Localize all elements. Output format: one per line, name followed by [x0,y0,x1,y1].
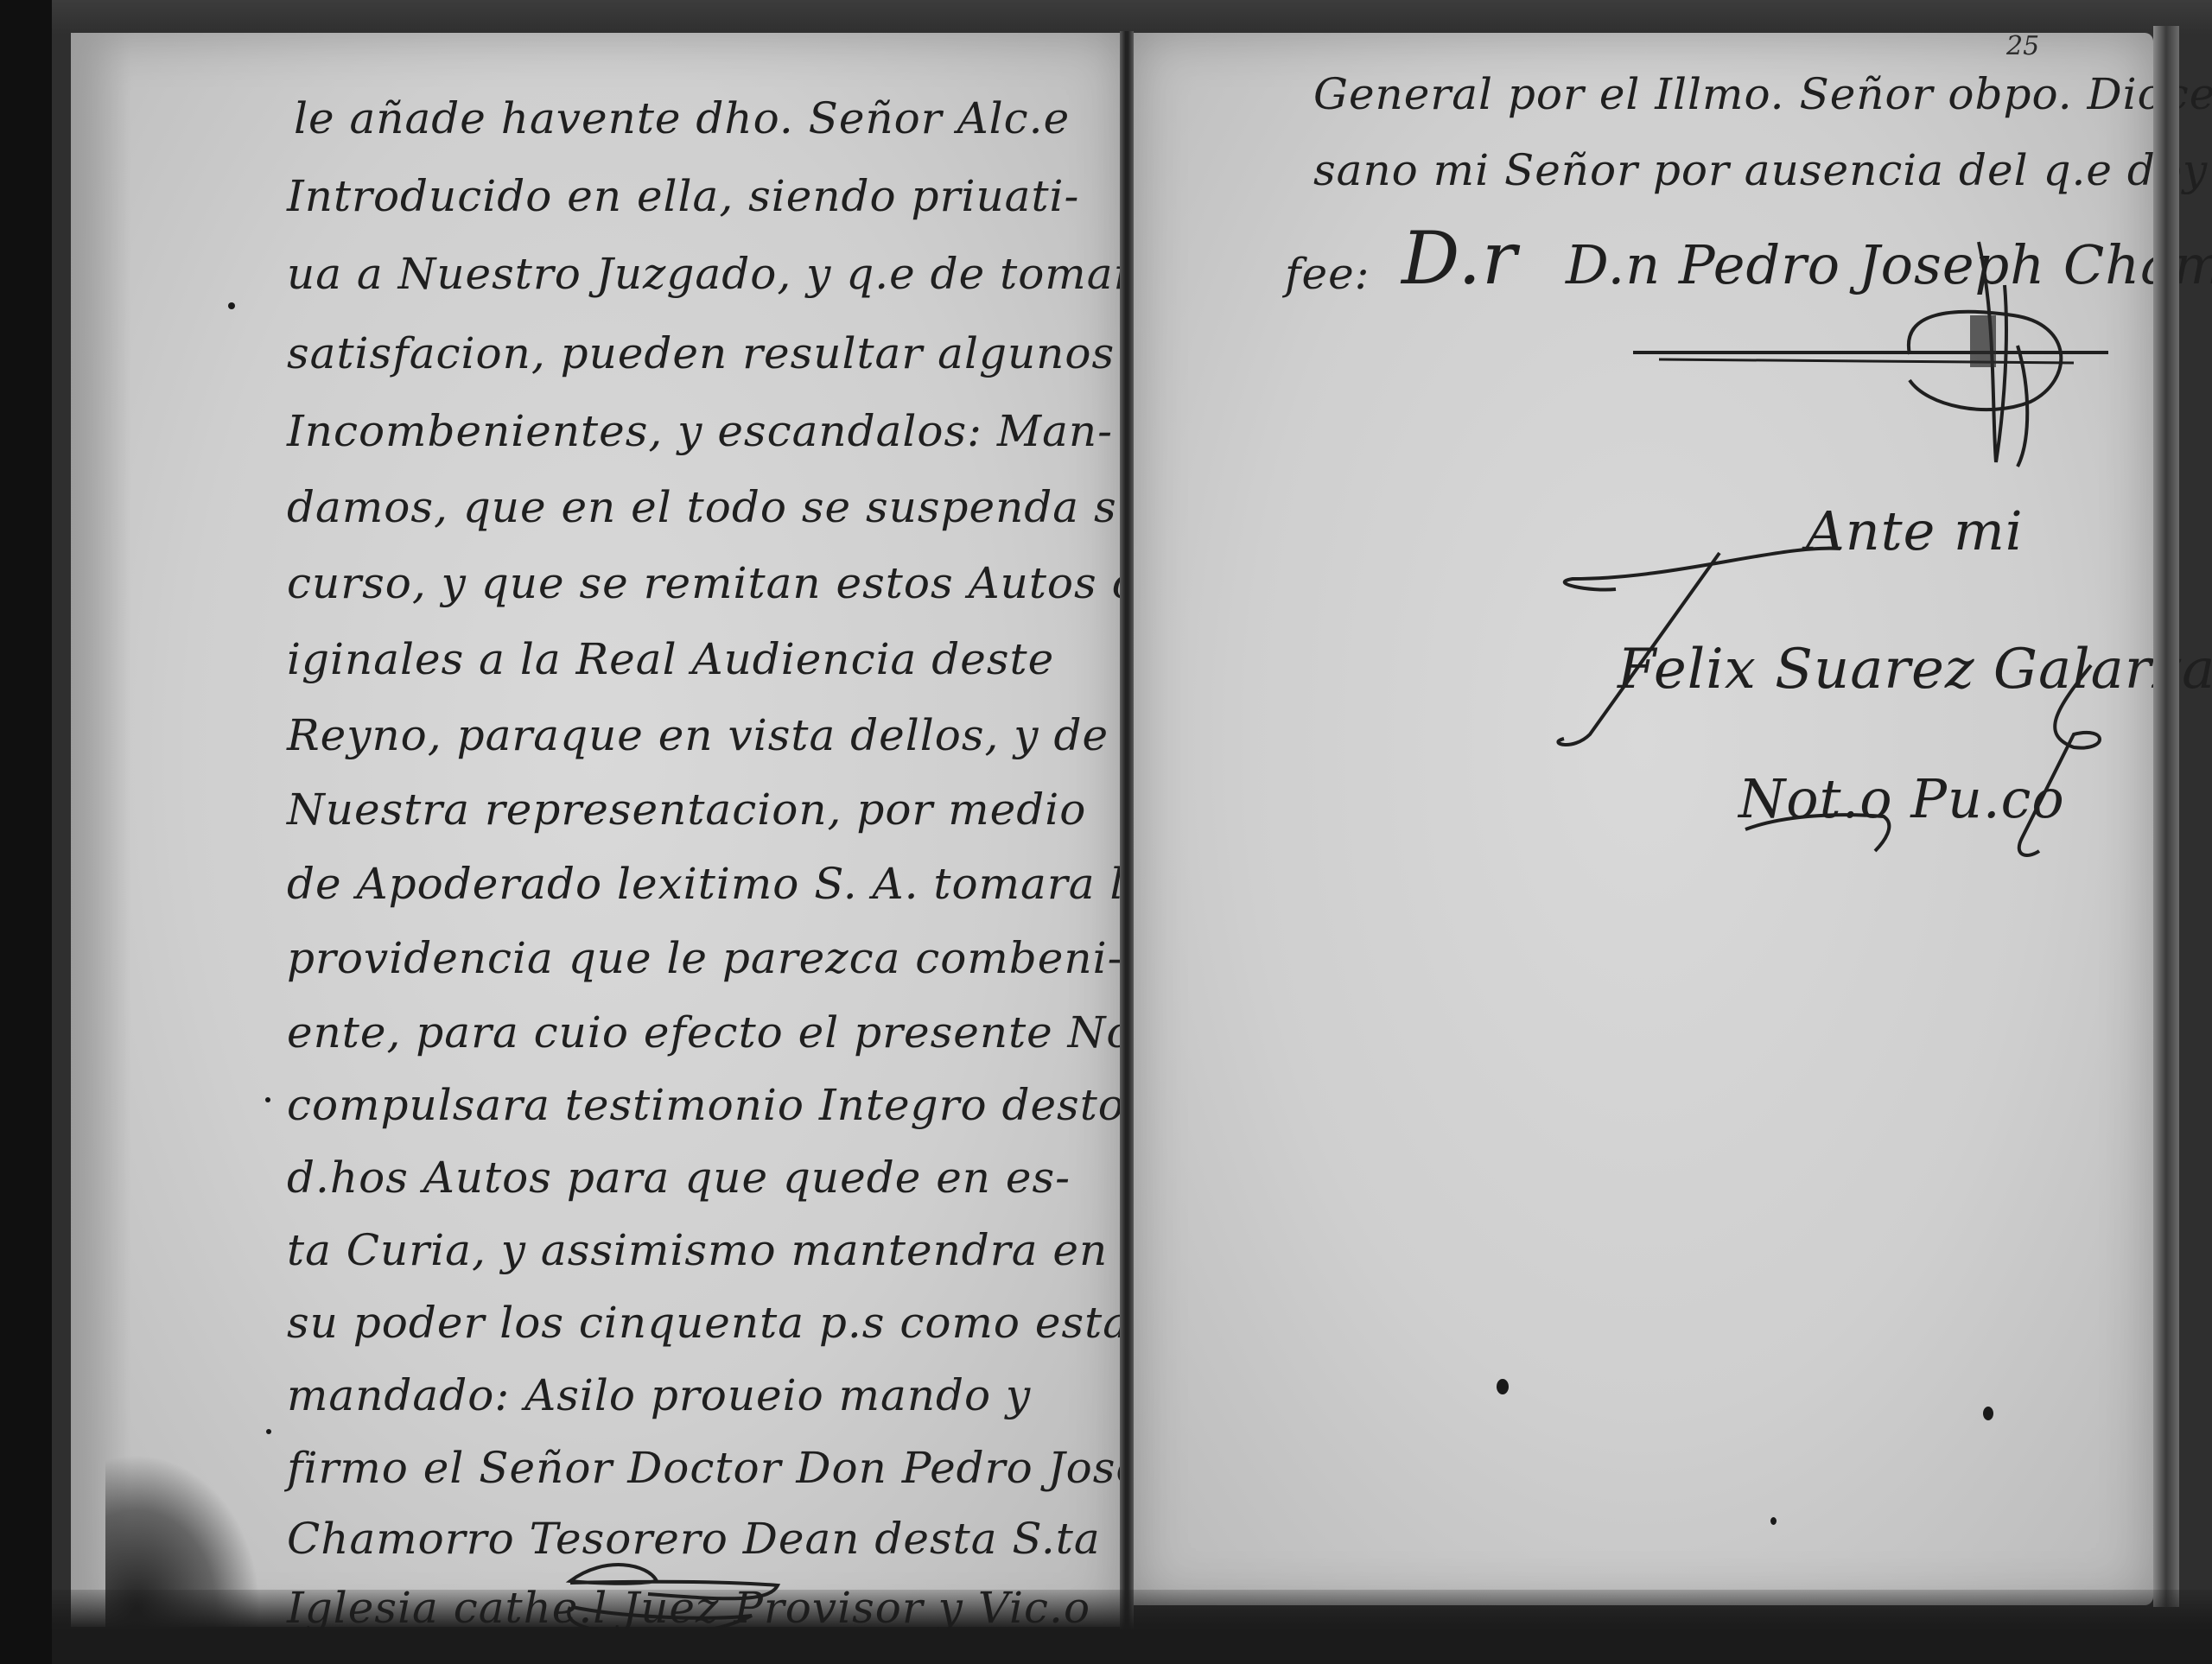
ink-spot [266,1429,271,1434]
manuscript-line: compulsara testimonio Integro destos [287,1080,1148,1130]
signature-rubric-icon [1624,233,2143,475]
folio-number: 25 [2006,31,2039,61]
manuscript-line: firmo el Señor Doctor Don Pedro Joseph [287,1443,1199,1493]
left-page: le añade havente dho. Señor Alc.e Introd… [71,33,1123,1627]
manuscript-line: Reyno, paraque en vista dellos, y de [287,710,1109,760]
manuscript-line: General por el Illmo. Señor obpo. Dioce- [1313,69,2212,119]
manuscript-line: providencia que le parezca combeni- [287,933,1122,983]
signature-prefix: D.r [1402,216,1517,301]
manuscript-line: mandado: Asilo proueio mando y [287,1370,1031,1420]
ink-spot [1770,1517,1777,1525]
manuscript-line: d.hos Autos para que quede en es- [287,1153,1071,1203]
ink-spot [1497,1379,1509,1394]
ink-spot [228,302,235,309]
manuscript-line: de Apoderado lexitimo S. A. tomara la [287,859,1151,909]
notary-rubric-icon [1555,510,2160,873]
ink-spot [1983,1407,1993,1420]
manuscript-line: ta Curia, y assimismo mantendra en [287,1225,1108,1275]
manuscript-line: curso, y que se remitan estos Autos or- [287,558,1175,608]
ink-spot [265,1097,270,1102]
film-edge-label [5,752,45,1529]
film-edge-strip [0,0,52,1664]
manuscript-line: damos, que en el todo se suspenda su [287,482,1146,532]
manuscript-line: fee: [1285,249,1370,299]
manuscript-line: su poder los cinquenta p.s como esta [287,1298,1129,1348]
manuscript-line: satisfacion, pueden resultar algunos [287,328,1115,378]
book-gutter [1120,31,1134,1638]
bottom-shadow [52,1590,2212,1664]
manuscript-line: Nuestra representacion, por medio [287,784,1086,835]
manuscript-line: ente, para cuio efecto el presente Not.o [287,1007,1193,1057]
manuscript-line: Introducido en ella, siendo priuati- [287,171,1079,221]
page-edge [2153,26,2179,1607]
manuscript-line: ua a Nuestro Juzgado, y q.e de tomar [287,249,1135,299]
manuscript-line: Incombenientes, y escandalos: Man- [287,406,1113,456]
manuscript-line: sano mi Señor por ausencia del q.e doy [1313,145,2208,195]
manuscript-line: le añade havente dho. Señor Alc.e [294,93,1070,143]
manuscript-line: iginales a la Real Audiencia deste [287,634,1054,684]
